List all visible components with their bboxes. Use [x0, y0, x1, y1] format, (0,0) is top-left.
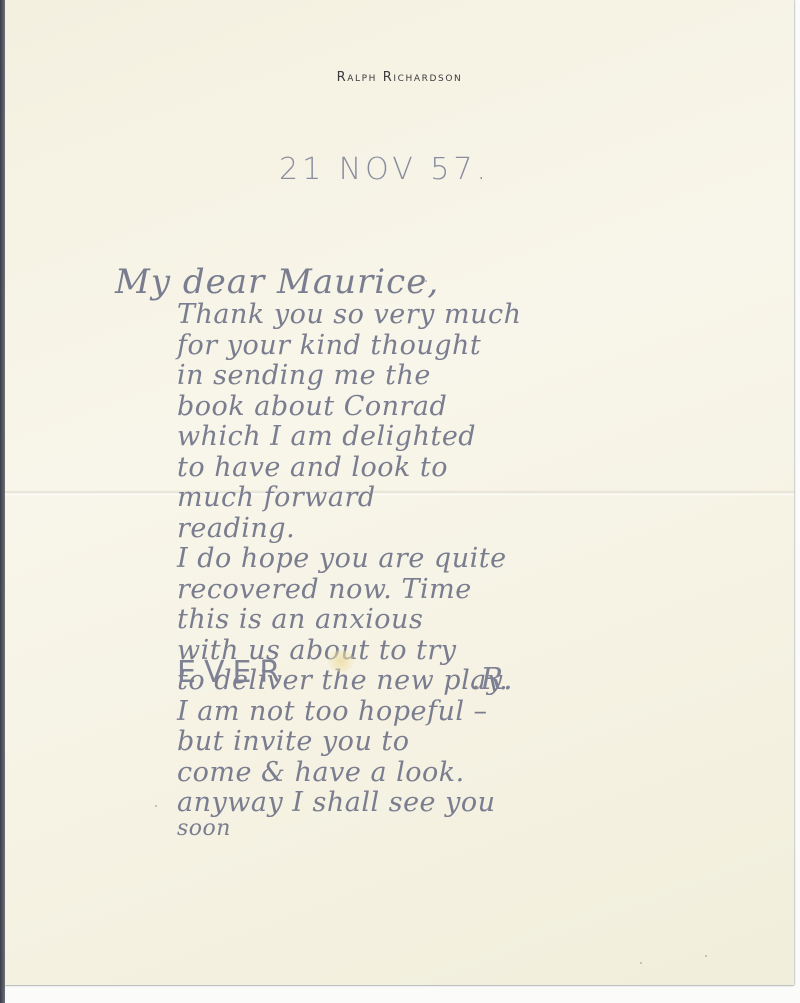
body-line: which I am delighted — [177, 422, 597, 453]
body-line: Thank you so very much — [177, 300, 597, 331]
signature: .R. — [471, 662, 513, 697]
paper-speck — [640, 962, 642, 964]
body-line: I am not too hopeful – — [177, 697, 597, 728]
salutation: My dear Maurice, — [115, 262, 439, 302]
closing: EVER — [177, 655, 288, 690]
letter-sheet: Ralph Richardson 21 NOV 57. My dear Maur… — [5, 0, 794, 985]
body-line: to have and look to — [177, 453, 597, 484]
body-line: book about Conrad — [177, 392, 597, 423]
body-line: much forward — [177, 483, 597, 514]
body-line: in sending me the — [177, 361, 597, 392]
body-line: for your kind thought — [177, 331, 597, 362]
body-line: reading. — [177, 514, 597, 545]
body-line: anyway I shall see you — [177, 788, 597, 819]
body-line: come & have a look. — [177, 758, 597, 789]
letter-body: Thank you so very much for your kind tho… — [177, 300, 597, 839]
body-line: soon — [177, 819, 597, 839]
paper-speck — [155, 805, 157, 807]
letterhead: Ralph Richardson — [5, 70, 794, 85]
paper-stain — [328, 650, 354, 672]
letter-date: 21 NOV 57. — [279, 152, 490, 187]
body-line: but invite you to — [177, 727, 597, 758]
body-line: recovered now. Time — [177, 575, 597, 606]
body-line: I do hope you are quite — [177, 544, 597, 575]
paper-speck — [705, 955, 707, 957]
paper-speck — [425, 280, 427, 282]
body-line: this is an anxious — [177, 605, 597, 636]
